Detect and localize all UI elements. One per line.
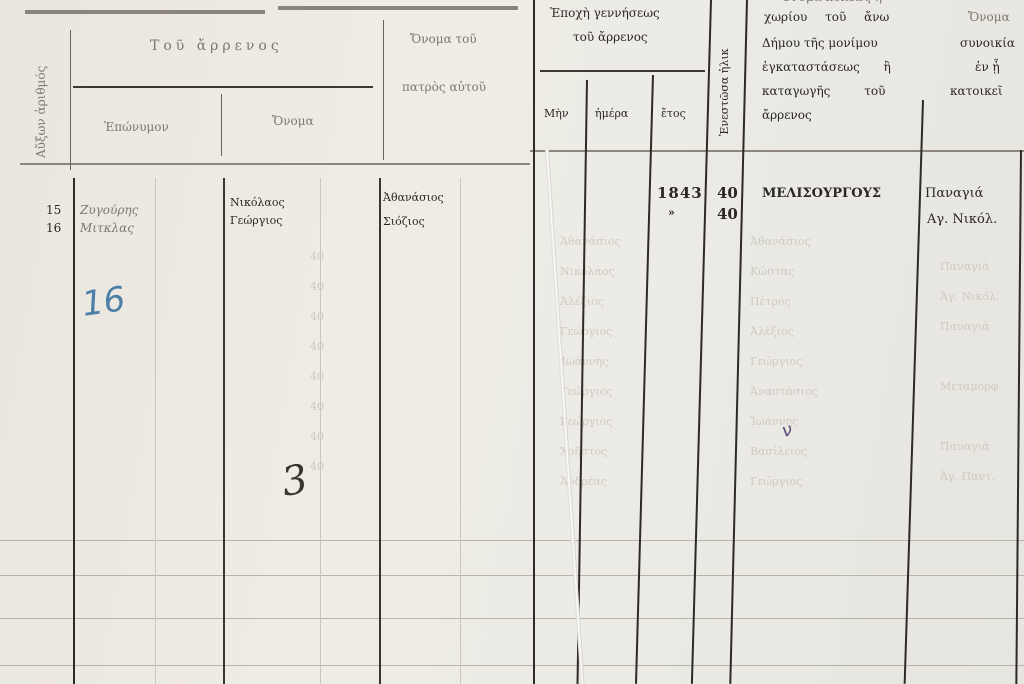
column-divider-serial	[70, 30, 71, 170]
entry-quarter: Παναγιά	[925, 186, 983, 201]
column-divider-age-residence	[729, 0, 748, 684]
header-father-name-2: πατρὸς αὐτοῦ	[402, 80, 486, 94]
column-divider-father-header	[383, 20, 384, 160]
header-male-group: Τοῦ ἄρρενος	[150, 38, 283, 54]
handwritten-blue-annotation: 16	[79, 279, 127, 325]
faint-subcolumn	[460, 178, 461, 684]
header-residence-1: χωρίου τοῦ ἄνω	[764, 10, 889, 24]
header-age: Ἐνεστῶσα ἡλικ	[718, 48, 731, 136]
header-quarter-2: συνοικία	[960, 36, 1015, 50]
header-birth-group-1: Ἐποχὴ γεννήσεως	[550, 6, 660, 20]
column-divider-birth	[533, 0, 535, 684]
entry-residence: ΜΕΛΙΣΟΥΡΓΟΥΣ	[762, 186, 881, 201]
column-divider-father	[379, 178, 381, 684]
column-divider-year-age	[691, 0, 712, 684]
male-group-rule	[73, 86, 373, 88]
entry-quarter: Αγ. Νικόλ.	[927, 212, 997, 227]
column-divider-serial-body	[73, 178, 75, 684]
birth-group-rule	[540, 70, 705, 72]
entry-father: Ἀθανάσιος	[383, 191, 444, 204]
header-quarter-3: ἐν ᾗ	[975, 60, 1000, 74]
ruled-line	[0, 665, 1024, 666]
header-month: Μὴν	[544, 107, 569, 120]
entry-name: Γεώργιος	[230, 214, 282, 227]
ruled-line	[0, 575, 1024, 576]
page-right-edge-line	[1015, 150, 1022, 684]
header-name: Ὄνομα	[272, 114, 314, 128]
top-rule-right	[278, 6, 518, 10]
handwritten-dark-annotation: 3	[278, 456, 311, 506]
header-residence-0: Ὄνομα πόλεως ἢ	[780, 0, 882, 4]
column-divider-day-year	[635, 75, 654, 684]
header-serial-number: Αὔξων ἀριθμός	[34, 66, 48, 158]
header-residence-2: Δήμου τῆς μονίμου	[762, 36, 878, 50]
ruled-line	[0, 618, 1024, 619]
entry-name: Νικόλαος	[230, 196, 285, 209]
entry-surname: Ζυγούρης	[80, 203, 138, 217]
faint-subcolumn	[320, 178, 321, 684]
header-birth-group-2: τοῦ ἄρρενος	[573, 30, 648, 44]
entry-serial: 15	[46, 203, 61, 217]
ruled-line	[0, 540, 1024, 541]
faint-subcolumn	[155, 178, 156, 684]
header-surname: Ἐπώνυμον	[104, 120, 169, 134]
entry-serial: 16	[46, 221, 61, 235]
entry-year: 1843	[657, 184, 703, 202]
column-divider-residence-quarter	[904, 100, 924, 684]
header-day: ἡμέρα	[595, 107, 628, 120]
entry-age: 40	[717, 184, 738, 202]
entry-father: Σιόζιος	[383, 215, 425, 228]
header-residence-5: ἄρρενος	[762, 108, 812, 122]
top-rule-left	[25, 10, 265, 14]
header-bottom-rule-left	[20, 163, 530, 165]
header-residence-4: καταγωγῆς τοῦ	[762, 84, 885, 98]
header-quarter-1: Ὄνομα	[968, 10, 1010, 24]
header-residence-3: ἐγκαταστάσεως ἢ	[762, 60, 891, 74]
header-year: ἔτος	[661, 107, 686, 120]
entry-surname: Μιτκλας	[80, 221, 134, 235]
header-father-name-1: Ὄνομα τοῦ	[410, 32, 477, 46]
column-divider-surname-name-header	[221, 94, 222, 156]
entry-year-ditto: »	[668, 206, 675, 219]
header-quarter-4: κατοικεῖ	[950, 84, 1003, 98]
column-divider-surname-name	[223, 178, 225, 684]
header-bottom-rule-right	[530, 150, 1024, 152]
entry-age: 40	[717, 205, 738, 223]
